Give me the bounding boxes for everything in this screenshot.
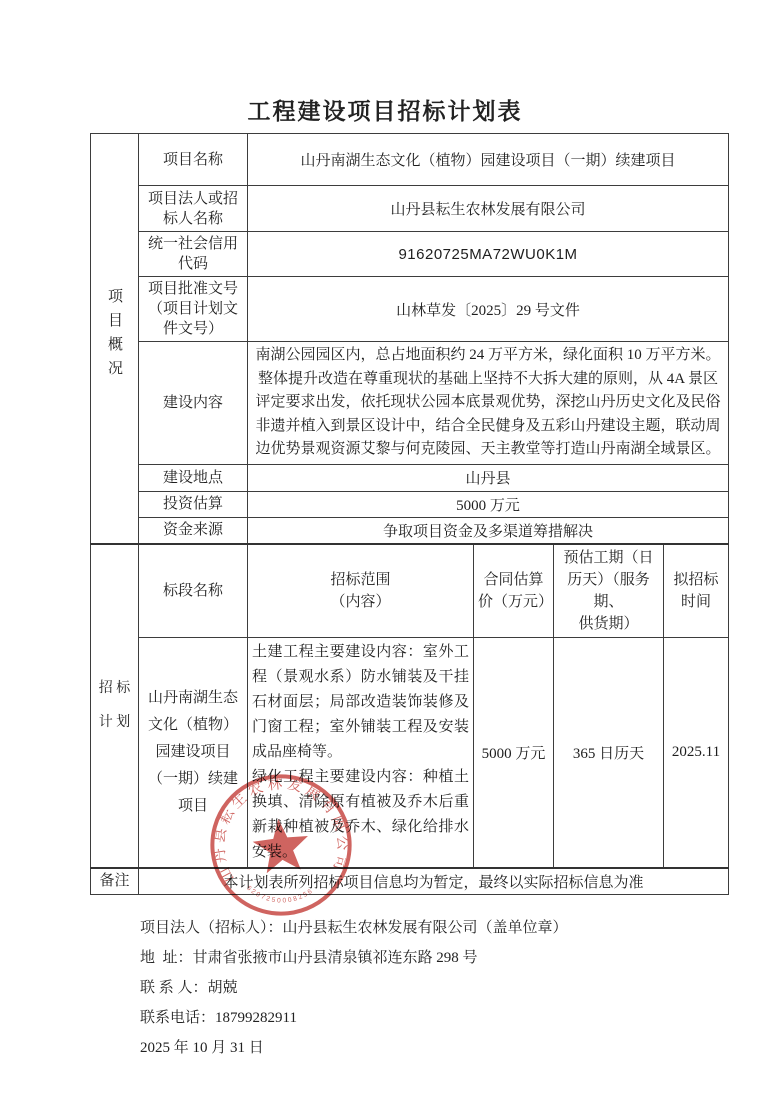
table-row: 建设地点 山丹县 <box>91 464 729 491</box>
table-row: 项目概况 项目名称 山丹南湖生态文化（植物）园建设项目（一期）续建项目 <box>91 134 729 186</box>
header-tender-time: 拟招标 时间 <box>664 544 729 638</box>
table-row: 资金来源 争取项目资金及多渠道筹措解决 <box>91 517 729 544</box>
row-label-credit-code: 统一社会信用代码 <box>139 232 248 277</box>
row-value-credit-code: 91620725MA72WU0K1M <box>248 232 729 277</box>
row-value-location: 山丹县 <box>248 464 729 491</box>
row-value-project-name: 山丹南湖生态文化（植物）园建设项目（一期）续建项目 <box>248 134 729 186</box>
row-label-funding: 资金来源 <box>139 517 248 544</box>
seal-number: 6207250008256 <box>245 878 316 908</box>
header-scope: 招标范围 （内容） <box>248 544 474 638</box>
row-value-funding: 争取项目资金及多渠道筹措解决 <box>248 517 729 544</box>
cell-contract-estimate: 5000 万元 <box>474 637 554 868</box>
cell-duration: 365 日历天 <box>554 637 664 868</box>
footer-phone: 联系电话：18799282911 <box>140 1003 770 1033</box>
row-value-legal-person: 山丹县耘生农林发展有限公司 <box>248 186 729 232</box>
table-row: 投资估算 5000 万元 <box>91 491 729 517</box>
company-seal: 山丹县耘生农林发展有限公司 6207250008256 <box>201 764 362 926</box>
row-label-legal-person: 项目法人或招标人名称 <box>139 186 248 232</box>
header-estimate: 合同估算 价（万元） <box>474 544 554 638</box>
document-page: 工程建设项目招标计划表 项目概况 项目名称 山丹南湖生态文化（植物）园建设项目（… <box>0 0 770 1099</box>
header-section-name: 标段名称 <box>139 544 248 638</box>
table-row: 统一社会信用代码 91620725MA72WU0K1M <box>91 232 729 277</box>
side-label-text: 招 标 计 划 <box>95 672 134 740</box>
section-overview-side-label: 项目概况 <box>91 134 139 544</box>
footer-address: 地 址：甘肃省张掖市山丹县清泉镇祁连东路 298 号 <box>140 943 770 973</box>
section-tender-plan-side-label: 招 标 计 划 <box>91 544 139 868</box>
footer-date: 2025 年 10 月 31 日 <box>140 1033 770 1063</box>
star-icon <box>251 816 312 874</box>
remark-row: 备注 本计划表所列招标项目信息均为暂定，最终以实际招标信息为准 <box>91 868 729 895</box>
cell-tender-time: 2025.11 <box>664 637 729 868</box>
row-label-construction-content: 建设内容 <box>139 342 248 465</box>
tender-plan-table: 项目概况 项目名称 山丹南湖生态文化（植物）园建设项目（一期）续建项目 项目法人… <box>90 133 729 895</box>
tender-plan-data-row: 山丹南湖生态文化（植物）园建设项目（一期）续建项目 土建工程主要建设内容：室外工… <box>91 637 729 868</box>
row-value-approval-doc: 山林草发〔2025〕29 号文件 <box>248 277 729 342</box>
row-label-location: 建设地点 <box>139 464 248 491</box>
remark-label: 备注 <box>91 868 139 895</box>
row-label-project-name: 项目名称 <box>139 134 248 186</box>
row-label-investment: 投资估算 <box>139 491 248 517</box>
side-label-text: 项目概况 <box>104 288 125 384</box>
table-row: 项目批准文号（项目计划文件文号） 山林草发〔2025〕29 号文件 <box>91 277 729 342</box>
footer-block: 项目法人（招标人）：山丹县耘生农林发展有限公司（盖单位章） 地 址：甘肃省张掖市… <box>140 913 770 1063</box>
table-row: 项目法人或招标人名称 山丹县耘生农林发展有限公司 <box>91 186 729 232</box>
header-duration: 预估工期（日 历天）（服务期、 供货期） <box>554 544 664 638</box>
tender-plan-header-row: 招 标 计 划 标段名称 招标范围 （内容） 合同估算 价（万元） 预估工期（日… <box>91 544 729 638</box>
row-value-construction-content: 南湖公园园区内，总占地面积约 24 万平方米，绿化面积 10 万平方米。整体提升… <box>248 342 729 465</box>
row-label-approval-doc: 项目批准文号（项目计划文件文号） <box>139 277 248 342</box>
footer-contact: 联 系 人：胡兢 <box>140 973 770 1003</box>
scope-paragraph-civil: 土建工程主要建设内容：室外工程（景观水系）防水铺装及干挂石材面层；局部改造装饰装… <box>252 640 469 765</box>
page-title: 工程建设项目招标计划表 <box>0 97 770 127</box>
row-value-investment: 5000 万元 <box>248 491 729 517</box>
table-row: 建设内容 南湖公园园区内，总占地面积约 24 万平方米，绿化面积 10 万平方米… <box>91 342 729 465</box>
